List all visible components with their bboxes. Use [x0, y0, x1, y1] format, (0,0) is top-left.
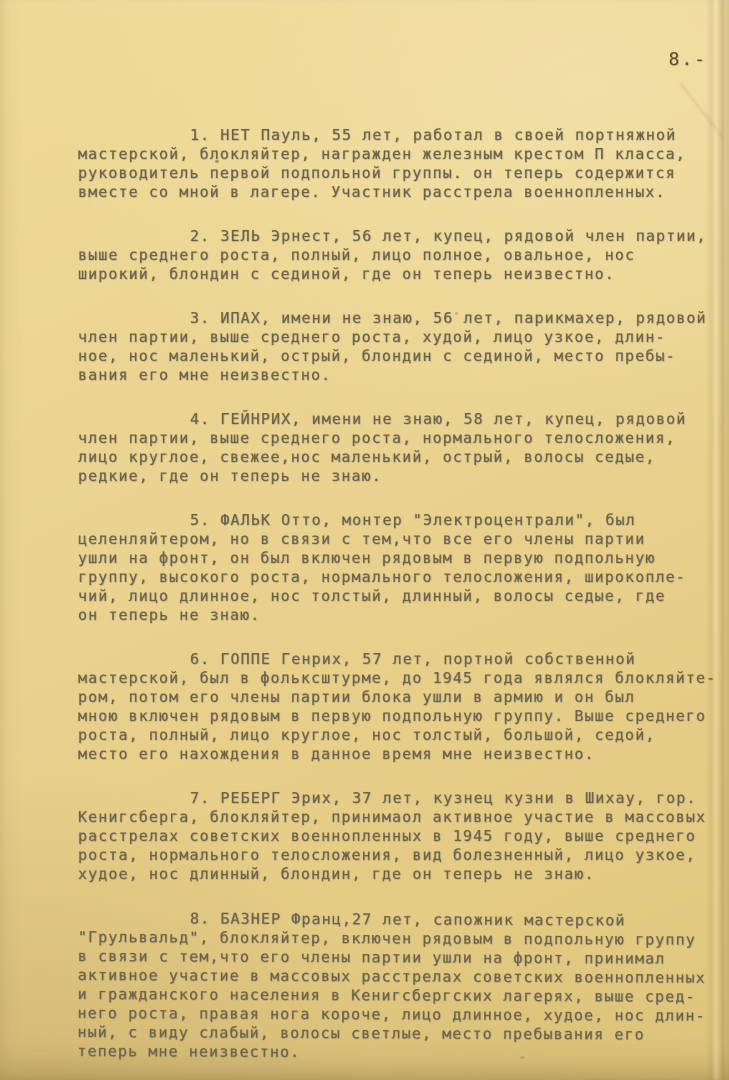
text-line: руководитель первой подпольной группы. о…: [78, 164, 722, 183]
page-number: 8.-: [668, 50, 707, 70]
paragraph: 3. ИПАХ, имени не знаю, 56 лет, парикмах…: [78, 309, 722, 385]
text-line: член партии, выше среднего роста, худой,…: [78, 328, 722, 347]
text-line: чий, лицо длинное, нос толстый, длинный,…: [78, 587, 722, 606]
text-line: группу, высокого роста, нормального тело…: [78, 568, 722, 587]
paragraph: 8. БАЗНЕР Франц,27 лет, сапожник мастерс…: [77, 909, 722, 1064]
text-line: 3. ИПАХ, имени не знаю, 56 лет, парикмах…: [78, 309, 722, 328]
text-line: 5. ФАЛЬК Отто, монтер "Электроцентрали",…: [78, 511, 722, 530]
text-line: выше среднего роста, полный, лицо полное…: [78, 246, 722, 265]
paragraph: 4. ГЕЙНРИХ, имени не знаю, 58 лет, купец…: [78, 410, 722, 486]
text-line: мастерской, блокляйтер, награжден железн…: [78, 145, 722, 164]
text-line: 4. ГЕЙНРИХ, имени не знаю, 58 лет, купец…: [78, 410, 722, 429]
text-line: мастерской, был в фольксштурме, до 1945 …: [78, 669, 722, 688]
document-page: 8.- 1. НЕТ Пауль, 55 лет, работал в свое…: [0, 0, 729, 1080]
text-line: место его нахождения в данное время мне …: [78, 745, 722, 764]
text-line: 6. ГОППЕ Генрих, 57 лет, портной собстве…: [78, 650, 722, 669]
text-line: широкий, блондин с сединой, где он тепер…: [78, 265, 722, 284]
text-line: целенляйтером, но в связи с тем,что все …: [78, 530, 722, 549]
paragraph: 2. ЗЕЛЬ Эрнест, 56 лет, купец, рядовой ч…: [78, 227, 722, 284]
text-line: худое, нос длинный, блондин, где он тепе…: [78, 865, 722, 884]
document-body: 1. НЕТ Пауль, 55 лет, работал в своей по…: [78, 126, 722, 1080]
text-line: ное, нос маленький, острый, блондин с се…: [78, 347, 722, 366]
text-line: вместе со мной в лагере. Участник расстр…: [78, 183, 722, 202]
paragraph: 6. ГОППЕ Генрих, 57 лет, портной собстве…: [78, 650, 722, 764]
text-line: расстрелах советских военнопленных в 194…: [78, 827, 722, 846]
text-line: член партии, выше среднего роста, нормал…: [78, 429, 722, 448]
text-line: роста, полный, лицо круглое, нос толстый…: [78, 726, 722, 745]
text-line: 2. ЗЕЛЬ Эрнест, 56 лет, купец, рядовой ч…: [78, 227, 722, 246]
text-line: ром, потом его члены партии блока ушли в…: [78, 688, 722, 707]
text-line: 1. НЕТ Пауль, 55 лет, работал в своей по…: [78, 126, 722, 145]
text-line: мною включен рядовым в первую подпольную…: [78, 707, 722, 726]
text-line: ушли на фронт, он был включен рядовым в …: [78, 549, 722, 568]
paragraph: 5. ФАЛЬК Отто, монтер "Электроцентрали",…: [78, 511, 722, 625]
paragraph: 1. НЕТ Пауль, 55 лет, работал в своей по…: [78, 126, 722, 202]
text-line: редкие, где он теперь не знаю.: [78, 467, 722, 486]
text-line: роста, нормального телосложения, вид бол…: [78, 846, 722, 865]
text-line: вания его мне неизвестно.: [78, 366, 722, 385]
text-line: лицо круглое, свежее,нос маленький, остр…: [78, 448, 722, 467]
paragraph: 7. РЕБЕРГ Эрих, 37 лет, кузнец кузни в Ш…: [78, 789, 722, 884]
text-line: теперь мне неизвестно.: [77, 1042, 721, 1064]
text-line: 7. РЕБЕРГ Эрих, 37 лет, кузнец кузни в Ш…: [78, 789, 722, 808]
text-line: он теперь не знаю.: [78, 606, 722, 625]
text-line: Кенигсберга, блокляйтер, принимаол актив…: [78, 808, 722, 827]
